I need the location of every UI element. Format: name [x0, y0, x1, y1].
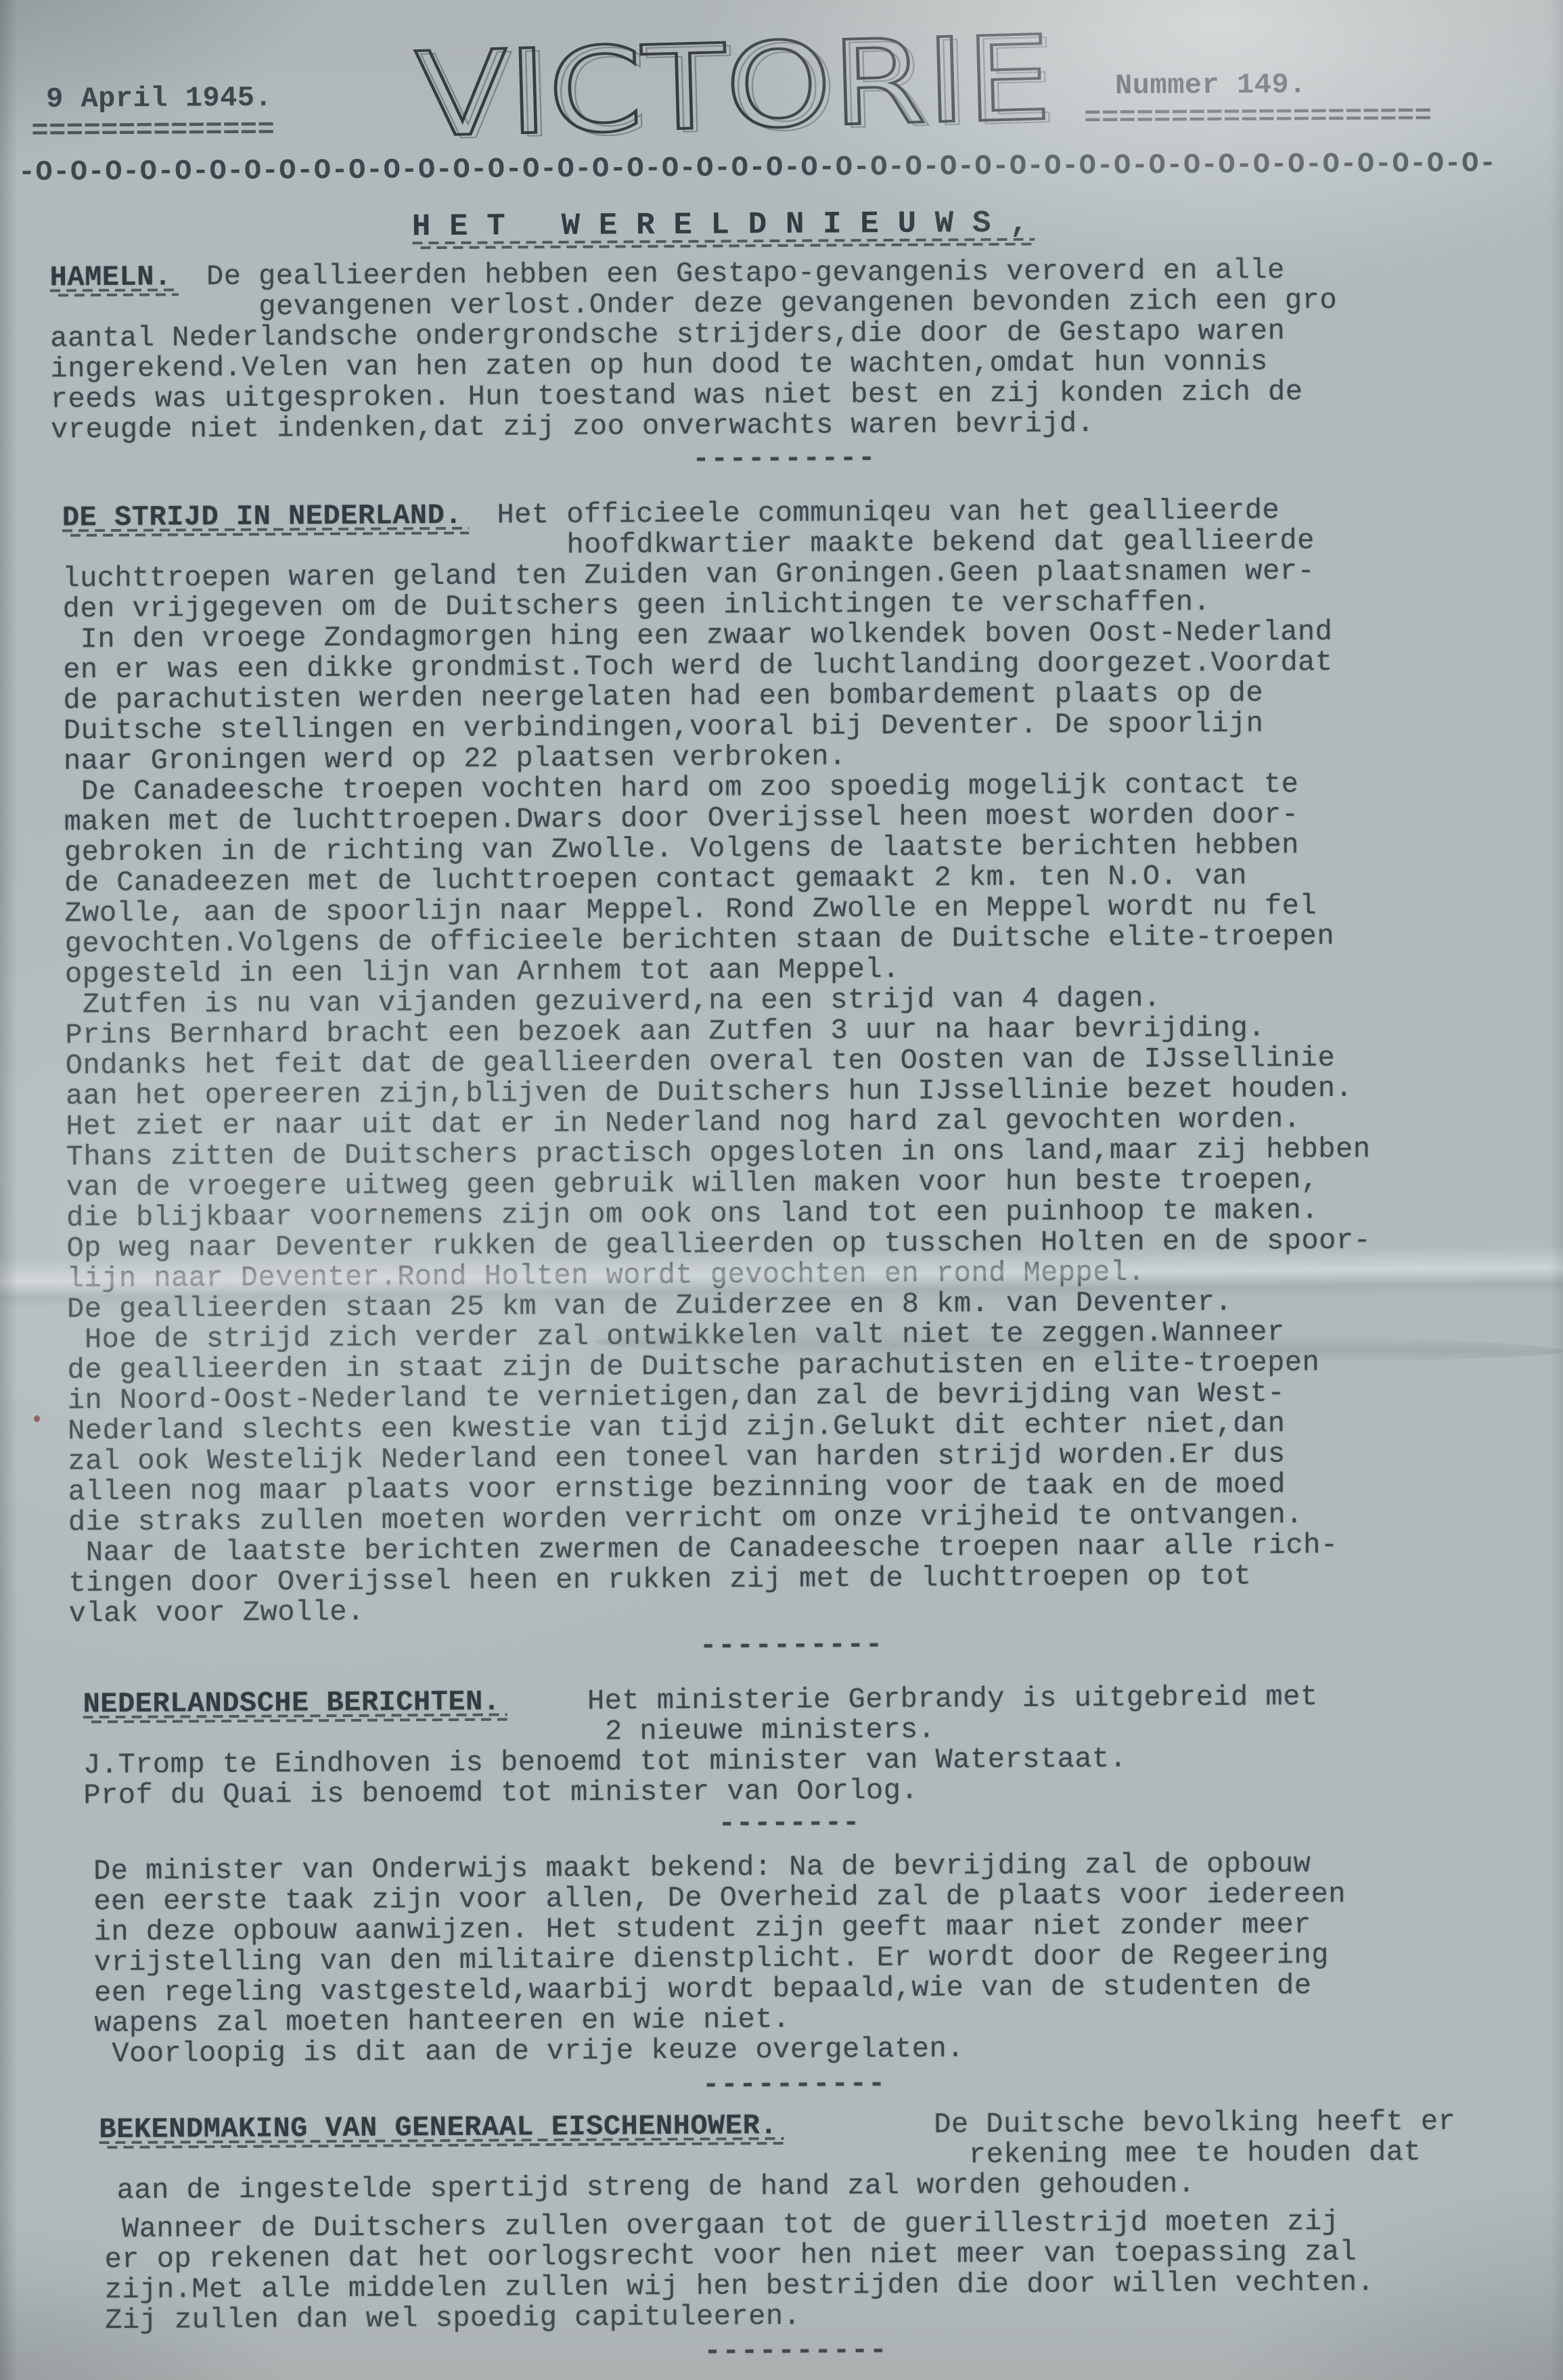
article-strijd-heading: DE STRIJD IN NEDERLAND. [62, 501, 462, 534]
world-news-heading: H E T W E R E L D N I E U W S , [412, 206, 1028, 245]
section-separator: ---------- [700, 1626, 1563, 1662]
paragraph-lines: De minister van Onderwijs maakt bekend: … [93, 1848, 1563, 2069]
section-separator: ---------- [692, 439, 1558, 475]
text-line: aan de ingestelde spertijd streng de han… [99, 2167, 1563, 2206]
text-line: Zij zullen dan wel spoedig capituleeren. [105, 2297, 1563, 2336]
paper-stain [34, 1415, 40, 1422]
article-strijd-in-nederland: DE STRIJD IN NEDERLAND. Het officieele c… [62, 494, 1563, 1629]
article-lines: gevangenen verlost.Onder deze gevangenen… [50, 284, 1558, 446]
world-news-heading-wrap: H E T W E R E L D N I E U W S , [0, 202, 1557, 247]
ornament-row: -O-O-O-O-O-O-O-O-O-O-O-O-O-O-O-O-O-O-O-O… [18, 147, 1497, 189]
text-line: Voorloopig is dit aan de vrije keuze ove… [95, 2030, 1563, 2069]
article-hameln-heading: HAMELN. [50, 262, 172, 293]
article-berichten-heading: NEDERLANDSCHE BERICHTEN. [83, 1687, 500, 1720]
issue-number: Nummer 149. [1115, 68, 1307, 102]
date-underline: ============== [31, 114, 275, 147]
article-hameln: HAMELN. De geallieerden hebben een Gesta… [50, 254, 1559, 446]
newspaper-page: 9 April 1945. ============== VICTORIE VI… [0, 0, 1563, 2380]
article-lines: 2 nieuwe ministers.J.Tromp te Eindhoven … [83, 1711, 1563, 1811]
victorie-logo-svg: VICTORIE VICTORIE [410, 18, 1080, 162]
page-body: HAMELN. De geallieerden hebben een Gesta… [0, 254, 1563, 2371]
issue-underline: ==================== [1084, 99, 1432, 134]
short-separator: -------- [719, 1804, 1563, 1839]
article-lines: hoofdkwartier maakte bekend dat gealliee… [62, 524, 1563, 1629]
article-bekendmaking-eisenhower: BEKENDMAKING VAN GENERAAL EISCHENHOWER. … [99, 2106, 1563, 2206]
paragraph-onderwijs: De minister van Onderwijs maakt bekend: … [93, 1848, 1563, 2069]
article-first-line-text: Het ministerie Gerbrandy is uitgebreid m… [500, 1680, 1317, 1718]
victorie-title: VICTORIE [413, 18, 1053, 162]
article-nederlandsche-berichten: NEDERLANDSCHE BERICHTEN. Het ministerie … [83, 1680, 1563, 1811]
masthead: 9 April 1945. ============== VICTORIE VI… [0, 0, 1556, 5]
paragraph-lines: Wanneer de Duitschers zullen overgaan to… [104, 2205, 1563, 2336]
paragraph-guerilla: Wanneer de Duitschers zullen overgaan to… [104, 2205, 1563, 2336]
text-line: vlak voor Zwolle. [69, 1590, 1563, 1630]
text-line: vreugde niet indenken,dat zij zoo onverw… [51, 406, 1558, 446]
newspaper-title-logo: VICTORIE VICTORIE [410, 18, 1080, 162]
scanned-sheet: 9 April 1945. ============== VICTORIE VI… [0, 0, 1563, 2380]
issue-date: 9 April 1945. [46, 82, 272, 116]
section-separator: ---------- [704, 2331, 1563, 2367]
article-bekendmaking-heading: BEKENDMAKING VAN GENERAAL EISCHENHOWER. [99, 2111, 777, 2145]
section-separator: ---------- [702, 2065, 1563, 2101]
